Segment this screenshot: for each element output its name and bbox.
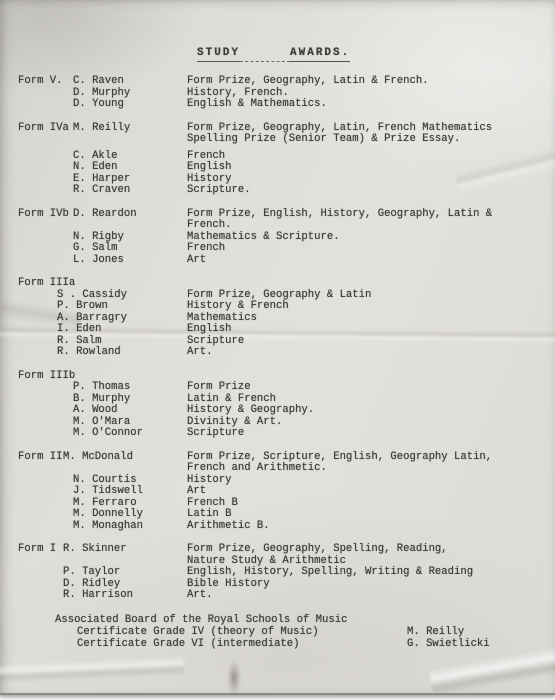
form-section-7: Form IR. SkinnerForm Prize, Geography, S… [0,544,555,602]
award-line: French. [0,220,555,232]
form-section-4: Form IIIaS . CassidyForm Prize, Geograph… [0,278,555,359]
award-line: N. EdenEnglish [0,162,555,174]
student-name: M. Monaghan [73,521,143,533]
student-name: G. Salm [73,243,118,255]
award-line: M. MonaghanArithmetic B. [0,521,555,533]
award-text: Spelling Prize (Senior Team) & Prize Ess… [187,134,460,146]
award-text: French. [187,220,232,232]
award-text: History & French [187,301,289,313]
award-text: Arithmetic B. [187,521,270,533]
award-text: Latin B [187,509,232,521]
certificate-awardee: G. Swietlicki [407,638,490,650]
music-awards-footer: Associated Board of the Royal Schools of… [0,614,555,651]
certificate-label: Certificate Grade VI (intermediate) [77,638,300,650]
award-line: G. SalmFrench [0,243,555,255]
certificate-line: Certificate Grade IV (theory of Music)M.… [0,626,555,638]
student-name: R. Rowland [57,347,121,359]
award-line: L. JonesArt [0,255,555,267]
form-label: Form IVb [18,209,69,221]
award-line: P. ThomasForm Prize [0,382,555,394]
student-name: N. Eden [73,162,118,174]
award-line: Spelling Prize (Senior Team) & Prize Ess… [0,134,555,146]
student-name: M. McDonald [63,452,133,464]
award-text: English [187,162,232,174]
form-section-6: Form IIM. McDonaldForm Prize, Scripture,… [0,452,555,533]
student-name: A. Wood [73,405,118,417]
student-name: P. Brown [57,301,108,313]
award-text: Art [187,255,206,267]
form-label: Form IIIa [18,278,75,290]
award-text: Form Prize, Geography, Spelling, Reading… [187,544,448,556]
student-name: D. Young [73,99,124,111]
award-text: Art. [187,590,212,602]
award-text: Form Prize [187,382,251,394]
award-line: I. EdenEnglish [0,324,555,336]
form-section-1: Form V.C. RavenForm Prize, Geography, La… [0,76,555,111]
award-text: French [187,243,225,255]
student-name: P. Thomas [73,382,130,394]
student-name: D. Reardon [73,209,137,221]
award-line: R. RowlandArt. [0,347,555,359]
scanned-document: STUDYAWARDS. Form V.C. RavenForm Prize, … [0,0,555,700]
certificate-awardee: M. Reilly [407,626,464,638]
certificate-line: Certificate Grade VI (intermediate)G. Sw… [0,638,555,650]
award-line: A. WoodHistory & Geography. [0,405,555,417]
student-name: R. Craven [73,185,130,197]
student-name: C. Raven [73,76,124,88]
page-title: STUDYAWARDS. [197,47,350,62]
student-name: L. Jones [73,255,124,267]
certificate-label: Certificate Grade IV (theory of Music) [77,626,319,638]
student-name: J. Tidswell [73,486,143,498]
paper-sheet: STUDYAWARDS. Form V.C. RavenForm Prize, … [0,0,555,695]
student-name: P. Taylor [63,567,120,579]
award-line: Form IVbD. ReardonForm Prize, English, H… [0,209,555,221]
award-line: R. CravenScripture. [0,185,555,197]
award-line: Form IR. SkinnerForm Prize, Geography, S… [0,544,555,556]
award-line: P. BrownHistory & French [0,301,555,313]
title-word-study: STUDY [197,47,240,62]
award-line: J. TidswellArt [0,486,555,498]
award-text: Scripture [187,428,244,440]
form-label: Form I [18,544,56,556]
student-name: I. Eden [57,324,102,336]
award-line: Form V.C. RavenForm Prize, Geography, La… [0,76,555,88]
award-line: R. HarrisonArt. [0,590,555,602]
student-name: M. O'Connor [73,428,143,440]
award-text: Art. [187,347,212,359]
award-line: D. YoungEnglish & Mathematics. [0,99,555,111]
form-section-2: Form IVaM. ReillyForm Prize, Geography, … [0,123,555,197]
form-section-5: Form IIIbP. ThomasForm PrizeB. MurphyLat… [0,371,555,440]
music-board-heading: Associated Board of the Royal Schools of… [55,614,347,626]
award-text: Form Prize, Geography, Latin & French. [187,76,429,88]
award-text: English & Mathematics. [187,99,327,111]
student-name: M. Donnelly [73,509,143,521]
form-label: Form IVa [18,123,69,135]
form-label: Form II [18,452,63,464]
award-text: English, History, Spelling, Writing & Re… [187,567,473,579]
award-text: Art [187,486,206,498]
typed-document: STUDYAWARDS. Form V.C. RavenForm Prize, … [0,0,555,693]
award-text: History & Geography. [187,405,314,417]
form-label-line: Form IIIa [0,278,555,290]
award-line: French and Arithmetic. [0,463,555,475]
title-underline-gap [240,59,290,62]
award-line: M. DonnellyLatin B [0,509,555,521]
award-text: French and Arithmetic. [187,463,327,475]
student-name: R. Harrison [63,590,133,602]
award-text: English [187,324,232,336]
form-label: Form V. [18,76,63,88]
award-text: Scripture. [187,185,251,197]
award-line: P. TaylorEnglish, History, Spelling, Wri… [0,567,555,579]
form-label: Form IIIb [18,371,75,383]
award-text: Form Prize, English, History, Geography,… [187,209,492,221]
student-name: M. Reilly [73,123,130,135]
award-line: M. O'ConnorScripture [0,428,555,440]
student-name: R. Skinner [63,544,127,556]
footer-heading-line: Associated Board of the Royal Schools of… [0,614,555,626]
awards-list: Form V.C. RavenForm Prize, Geography, La… [0,76,555,650]
form-section-3: Form IVbD. ReardonForm Prize, English, H… [0,209,555,267]
title-word-awards: AWARDS. [290,47,350,62]
